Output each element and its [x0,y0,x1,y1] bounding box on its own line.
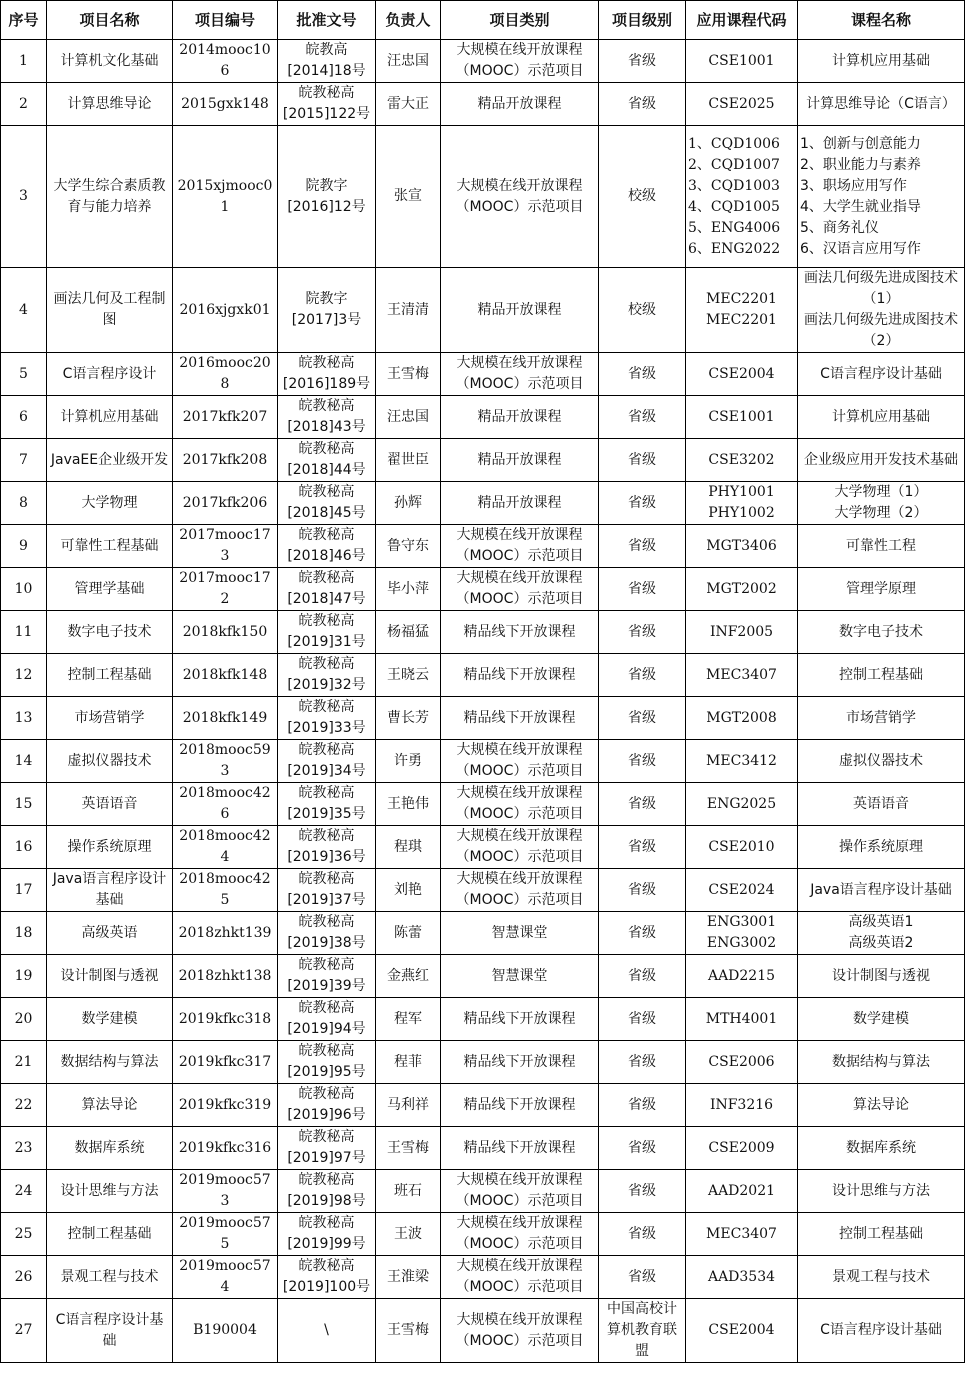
cell-category: 大规模在线开放课程 （MOOC）示范项目 [441,1256,599,1299]
cell-project-code: 2018zhkt138 [173,955,278,998]
cell-level: 省级 [599,482,686,525]
cell-leader: 金燕红 [376,955,441,998]
cell-category: 精品开放课程 [441,268,599,353]
cell-leader: 王晓云 [376,654,441,697]
cell-course-name: 控制工程基础 [798,654,965,697]
table-row: 2计算思维导论2015gxk148皖教秘高 [2015]122号雷大正精品开放课… [1,83,965,126]
cell-leader: 曹长芳 [376,697,441,740]
cell-level: 省级 [599,396,686,439]
table-row: 15英语语音2018mooc426皖教秘高 [2019]35号王艳伟大规模在线开… [1,783,965,826]
cell-no: 13 [1,697,47,740]
cell-approval-no: 皖教秘高 [2019]38号 [278,912,376,955]
cell-course-code: INF3216 [686,1084,798,1127]
header-project-code: 项目编号 [173,1,278,40]
cell-category: 大规模在线开放课程 （MOOC）示范项目 [441,525,599,568]
cell-leader: 汪忠国 [376,396,441,439]
cell-leader: 刘艳 [376,869,441,912]
cell-course-code: AAD2215 [686,955,798,998]
cell-leader: 王波 [376,1213,441,1256]
cell-approval-no: 皖教秘高 [2019]36号 [278,826,376,869]
cell-course-code: CSE2025 [686,83,798,126]
cell-level: 省级 [599,439,686,482]
cell-project-name: 算法导论 [47,1084,173,1127]
table-row: 7JavaEE企业级开发2017kfk208皖教秘高 [2018]44号翟世臣精… [1,439,965,482]
cell-no: 7 [1,439,47,482]
cell-no: 4 [1,268,47,353]
cell-project-name: 设计制图与透视 [47,955,173,998]
cell-no: 14 [1,740,47,783]
header-project-name: 项目名称 [47,1,173,40]
cell-leader: 毕小萍 [376,568,441,611]
table-row: 24设计思维与方法2019mooc573皖教秘高 [2019]98号班石大规模在… [1,1170,965,1213]
cell-course-code: MEC3412 [686,740,798,783]
cell-course-name: 管理学原理 [798,568,965,611]
cell-category: 大规模在线开放课程 （MOOC）示范项目 [441,783,599,826]
cell-project-code: 2019kfkc317 [173,1041,278,1084]
cell-category: 精品开放课程 [441,439,599,482]
cell-approval-no: 皖教秘高 [2019]37号 [278,869,376,912]
cell-leader: 翟世臣 [376,439,441,482]
cell-leader: 陈蕾 [376,912,441,955]
cell-leader: 鲁守东 [376,525,441,568]
cell-project-name: C语言程序设计基础 [47,1299,173,1363]
cell-project-name: 数字电子技术 [47,611,173,654]
cell-approval-no: 皖教秘高 [2018]46号 [278,525,376,568]
cell-project-name: JavaEE企业级开发 [47,439,173,482]
cell-category: 精品线下开放课程 [441,998,599,1041]
cell-approval-no: 皖教秘高 [2019]95号 [278,1041,376,1084]
cell-category: 精品线下开放课程 [441,697,599,740]
cell-project-name: 控制工程基础 [47,654,173,697]
cell-no: 17 [1,869,47,912]
cell-course-code: CSE1001 [686,40,798,83]
cell-leader: 张宣 [376,126,441,268]
cell-approval-no: \ [278,1299,376,1363]
table-row: 1计算机文化基础2014mooc106皖教高 [2014]18号汪忠国大规模在线… [1,40,965,83]
cell-leader: 许勇 [376,740,441,783]
header-course-code: 应用课程代码 [686,1,798,40]
table-row: 11数字电子技术2018kfk150皖教秘高 [2019]31号杨福猛精品线下开… [1,611,965,654]
cell-course-name: 数学建模 [798,998,965,1041]
cell-project-name: 景观工程与技术 [47,1256,173,1299]
cell-course-code: MTH4001 [686,998,798,1041]
cell-category: 大规模在线开放课程 （MOOC）示范项目 [441,1213,599,1256]
cell-project-name: 控制工程基础 [47,1213,173,1256]
cell-project-name: Java语言程序设计基础 [47,869,173,912]
cell-course-code: CSE2004 [686,1299,798,1363]
cell-level: 省级 [599,654,686,697]
cell-level: 省级 [599,998,686,1041]
cell-course-name: 大学物理（1） 大学物理（2） [798,482,965,525]
cell-approval-no: 皖教秘高 [2015]122号 [278,83,376,126]
cell-approval-no: 皖教秘高 [2019]39号 [278,955,376,998]
cell-approval-no: 皖教秘高 [2019]98号 [278,1170,376,1213]
cell-level: 省级 [599,611,686,654]
cell-project-name: 市场营销学 [47,697,173,740]
course-projects-table: 序号 项目名称 项目编号 批准文号 负责人 项目类别 项目级别 应用课程代码 课… [0,0,965,1363]
cell-level: 省级 [599,1170,686,1213]
table-row: 3大学生综合素质教育与能力培养2015xjmooc01院教字 [2016]12号… [1,126,965,268]
cell-level: 省级 [599,1084,686,1127]
cell-level: 中国高校计算机教育联盟 [599,1299,686,1363]
header-level: 项目级别 [599,1,686,40]
cell-category: 大规模在线开放课程 （MOOC）示范项目 [441,353,599,396]
cell-no: 26 [1,1256,47,1299]
cell-category: 大规模在线开放课程 （MOOC）示范项目 [441,826,599,869]
table-row: 6计算机应用基础2017kfk207皖教秘高 [2018]43号汪忠国精品开放课… [1,396,965,439]
cell-project-name: 可靠性工程基础 [47,525,173,568]
cell-course-name: 可靠性工程 [798,525,965,568]
cell-leader: 马利祥 [376,1084,441,1127]
cell-project-code: 2018mooc425 [173,869,278,912]
cell-category: 智慧课堂 [441,912,599,955]
cell-course-name: 市场营销学 [798,697,965,740]
cell-project-code: 2018kfk150 [173,611,278,654]
table-row: 14虚拟仪器技术2018mooc593皖教秘高 [2019]34号许勇大规模在线… [1,740,965,783]
cell-project-name: C语言程序设计 [47,353,173,396]
cell-category: 精品线下开放课程 [441,1084,599,1127]
cell-leader: 雷大正 [376,83,441,126]
cell-course-name: 画法几何级先进成图技术（1） 画法几何级先进成图技术（2） [798,268,965,353]
cell-level: 省级 [599,826,686,869]
table-row: 4画法几何及工程制图2016xjgxk01院教字 [2017]3号王清清精品开放… [1,268,965,353]
cell-approval-no: 皖教秘高 [2018]43号 [278,396,376,439]
table-row: 20数学建模2019kfkc318皖教秘高 [2019]94号程军精品线下开放课… [1,998,965,1041]
cell-project-name: 数学建模 [47,998,173,1041]
cell-approval-no: 皖教秘高 [2019]96号 [278,1084,376,1127]
cell-no: 16 [1,826,47,869]
cell-course-code: AAD2021 [686,1170,798,1213]
cell-leader: 王雪梅 [376,353,441,396]
cell-project-code: 2017mooc173 [173,525,278,568]
cell-leader: 程军 [376,998,441,1041]
cell-leader: 王淮梁 [376,1256,441,1299]
cell-project-code: 2018mooc424 [173,826,278,869]
cell-course-code: AAD3534 [686,1256,798,1299]
cell-no: 11 [1,611,47,654]
cell-course-code: 1、CQD1006 2、CQD1007 3、CQD1003 4、CQD1005 … [686,126,798,268]
cell-category: 大规模在线开放课程 （MOOC）示范项目 [441,1170,599,1213]
cell-category: 精品线下开放课程 [441,1127,599,1170]
cell-leader: 杨福猛 [376,611,441,654]
cell-level: 省级 [599,1256,686,1299]
table-row: 25控制工程基础2019mooc575皖教秘高 [2019]99号王波大规模在线… [1,1213,965,1256]
cell-project-name: 英语语音 [47,783,173,826]
cell-course-code: ENG2025 [686,783,798,826]
cell-project-name: 大学物理 [47,482,173,525]
table-body: 1计算机文化基础2014mooc106皖教高 [2014]18号汪忠国大规模在线… [1,40,965,1363]
header-row: 序号 项目名称 项目编号 批准文号 负责人 项目类别 项目级别 应用课程代码 课… [1,1,965,40]
cell-course-name: 操作系统原理 [798,826,965,869]
cell-course-code: PHY1001 PHY1002 [686,482,798,525]
cell-course-name: 景观工程与技术 [798,1256,965,1299]
cell-course-name: 数据库系统 [798,1127,965,1170]
cell-no: 1 [1,40,47,83]
cell-no: 23 [1,1127,47,1170]
cell-project-code: 2019mooc575 [173,1213,278,1256]
cell-no: 25 [1,1213,47,1256]
cell-no: 6 [1,396,47,439]
cell-course-name: 虚拟仪器技术 [798,740,965,783]
cell-course-name: Java语言程序设计基础 [798,869,965,912]
header-leader: 负责人 [376,1,441,40]
cell-category: 智慧课堂 [441,955,599,998]
cell-course-code: MEC3407 [686,654,798,697]
cell-level: 省级 [599,783,686,826]
table-row: 26景观工程与技术2019mooc574皖教秘高 [2019]100号王淮梁大规… [1,1256,965,1299]
cell-project-name: 数据结构与算法 [47,1041,173,1084]
cell-project-code: 2018zhkt139 [173,912,278,955]
cell-no: 9 [1,525,47,568]
cell-course-code: INF2005 [686,611,798,654]
cell-no: 22 [1,1084,47,1127]
cell-approval-no: 皖教秘高 [2018]47号 [278,568,376,611]
cell-project-code: 2019mooc573 [173,1170,278,1213]
cell-project-code: 2018mooc426 [173,783,278,826]
table-row: 12控制工程基础2018kfk148皖教秘高 [2019]32号王晓云精品线下开… [1,654,965,697]
cell-project-name: 画法几何及工程制图 [47,268,173,353]
cell-level: 省级 [599,40,686,83]
cell-course-name: 英语语音 [798,783,965,826]
cell-course-code: CSE2024 [686,869,798,912]
cell-approval-no: 皖教秘高 [2018]44号 [278,439,376,482]
cell-course-name: 设计思维与方法 [798,1170,965,1213]
cell-project-name: 管理学基础 [47,568,173,611]
cell-no: 27 [1,1299,47,1363]
table-row: 10管理学基础2017mooc172皖教秘高 [2018]47号毕小萍大规模在线… [1,568,965,611]
header-no: 序号 [1,1,47,40]
header-approval-no: 批准文号 [278,1,376,40]
cell-course-name: C语言程序设计基础 [798,1299,965,1363]
cell-course-name: 数字电子技术 [798,611,965,654]
cell-project-code: 2016xjgxk01 [173,268,278,353]
cell-level: 省级 [599,568,686,611]
cell-category: 精品线下开放课程 [441,1041,599,1084]
cell-category: 大规模在线开放课程 （MOOC）示范项目 [441,126,599,268]
cell-project-name: 数据库系统 [47,1127,173,1170]
cell-approval-no: 院教字 [2017]3号 [278,268,376,353]
table-row: 23数据库系统2019kfkc316皖教秘高 [2019]97号王雪梅精品线下开… [1,1127,965,1170]
cell-no: 2 [1,83,47,126]
table-row: 22算法导论2019kfkc319皖教秘高 [2019]96号马利祥精品线下开放… [1,1084,965,1127]
cell-no: 20 [1,998,47,1041]
cell-leader: 程琪 [376,826,441,869]
cell-level: 省级 [599,869,686,912]
cell-level: 省级 [599,83,686,126]
cell-leader: 汪忠国 [376,40,441,83]
cell-approval-no: 皖教秘高 [2019]31号 [278,611,376,654]
cell-no: 18 [1,912,47,955]
cell-course-name: C语言程序设计基础 [798,353,965,396]
cell-course-name: 计算机应用基础 [798,396,965,439]
cell-no: 19 [1,955,47,998]
cell-project-code: 2019kfkc316 [173,1127,278,1170]
cell-leader: 班石 [376,1170,441,1213]
cell-approval-no: 皖教秘高 [2019]32号 [278,654,376,697]
cell-approval-no: 皖教秘高 [2019]34号 [278,740,376,783]
table-row: 13市场营销学2018kfk149皖教秘高 [2019]33号曹长芳精品线下开放… [1,697,965,740]
cell-course-code: MGT2002 [686,568,798,611]
cell-course-code: MEC3407 [686,1213,798,1256]
cell-no: 5 [1,353,47,396]
cell-project-code: 2015gxk148 [173,83,278,126]
cell-approval-no: 皖教高 [2014]18号 [278,40,376,83]
cell-course-code: MGT3406 [686,525,798,568]
header-course-name: 课程名称 [798,1,965,40]
table-row: 5C语言程序设计2016mooc208皖教秘高 [2016]189号王雪梅大规模… [1,353,965,396]
cell-leader: 孙辉 [376,482,441,525]
cell-project-name: 虚拟仪器技术 [47,740,173,783]
table-row: 8大学物理2017kfk206皖教秘高 [2018]45号孙辉精品开放课程省级P… [1,482,965,525]
cell-course-code: ENG3001 ENG3002 [686,912,798,955]
cell-course-name: 计算机应用基础 [798,40,965,83]
cell-course-name: 1、创新与创意能力 2、职业能力与素养 3、职场应用写作 4、大学生就业指导 5… [798,126,965,268]
cell-approval-no: 皖教秘高 [2016]189号 [278,353,376,396]
table-row: 21数据结构与算法2019kfkc317皖教秘高 [2019]95号程菲精品线下… [1,1041,965,1084]
cell-no: 24 [1,1170,47,1213]
cell-level: 省级 [599,353,686,396]
cell-no: 3 [1,126,47,268]
cell-approval-no: 皖教秘高 [2019]97号 [278,1127,376,1170]
cell-project-name: 大学生综合素质教育与能力培养 [47,126,173,268]
cell-project-code: 2019kfkc319 [173,1084,278,1127]
cell-category: 大规模在线开放课程 （MOOC）示范项目 [441,740,599,783]
cell-project-code: 2018mooc593 [173,740,278,783]
cell-project-code: B190004 [173,1299,278,1363]
cell-course-name: 算法导论 [798,1084,965,1127]
cell-no: 15 [1,783,47,826]
cell-course-code: CSE1001 [686,396,798,439]
cell-approval-no: 皖教秘高 [2019]99号 [278,1213,376,1256]
cell-category: 大规模在线开放课程 （MOOC）示范项目 [441,568,599,611]
cell-approval-no: 皖教秘高 [2019]35号 [278,783,376,826]
cell-project-code: 2015xjmooc01 [173,126,278,268]
cell-project-code: 2017kfk206 [173,482,278,525]
cell-project-code: 2019mooc574 [173,1256,278,1299]
cell-no: 8 [1,482,47,525]
cell-level: 省级 [599,697,686,740]
cell-approval-no: 皖教秘高 [2019]33号 [278,697,376,740]
cell-project-code: 2017kfk208 [173,439,278,482]
cell-course-code: MGT2008 [686,697,798,740]
cell-course-name: 计算思维导论（C语言） [798,83,965,126]
table-row: 27C语言程序设计基础B190004\王雪梅大规模在线开放课程 （MOOC）示范… [1,1299,965,1363]
table-row: 19设计制图与透视2018zhkt138皖教秘高 [2019]39号金燕红智慧课… [1,955,965,998]
cell-leader: 王艳伟 [376,783,441,826]
cell-level: 省级 [599,1127,686,1170]
cell-project-code: 2016mooc208 [173,353,278,396]
cell-project-code: 2018kfk148 [173,654,278,697]
cell-project-code: 2018kfk149 [173,697,278,740]
cell-course-name: 数据结构与算法 [798,1041,965,1084]
cell-approval-no: 院教字 [2016]12号 [278,126,376,268]
cell-project-code: 2017kfk207 [173,396,278,439]
cell-level: 省级 [599,740,686,783]
cell-project-name: 计算机应用基础 [47,396,173,439]
cell-course-name: 控制工程基础 [798,1213,965,1256]
cell-category: 大规模在线开放课程 （MOOC）示范项目 [441,1299,599,1363]
cell-project-code: 2017mooc172 [173,568,278,611]
cell-course-code: CSE2004 [686,353,798,396]
cell-project-name: 计算机文化基础 [47,40,173,83]
cell-category: 精品开放课程 [441,83,599,126]
cell-no: 12 [1,654,47,697]
cell-level: 校级 [599,126,686,268]
cell-course-name: 高级英语1 高级英语2 [798,912,965,955]
cell-approval-no: 皖教秘高 [2018]45号 [278,482,376,525]
cell-category: 精品开放课程 [441,396,599,439]
cell-course-code: MEC2201 MEC2201 [686,268,798,353]
cell-leader: 王雪梅 [376,1299,441,1363]
cell-course-name: 设计制图与透视 [798,955,965,998]
cell-leader: 程菲 [376,1041,441,1084]
cell-no: 21 [1,1041,47,1084]
cell-course-code: CSE2006 [686,1041,798,1084]
cell-category: 大规模在线开放课程 （MOOC）示范项目 [441,869,599,912]
cell-category: 精品线下开放课程 [441,654,599,697]
cell-project-code: 2014mooc106 [173,40,278,83]
table-row: 17Java语言程序设计基础2018mooc425皖教秘高 [2019]37号刘… [1,869,965,912]
cell-project-name: 设计思维与方法 [47,1170,173,1213]
cell-project-name: 计算思维导论 [47,83,173,126]
cell-leader: 王清清 [376,268,441,353]
header-category: 项目类别 [441,1,599,40]
cell-level: 省级 [599,955,686,998]
cell-level: 省级 [599,525,686,568]
table-row: 18高级英语2018zhkt139皖教秘高 [2019]38号陈蕾智慧课堂省级E… [1,912,965,955]
cell-course-code: CSE2010 [686,826,798,869]
cell-level: 省级 [599,1041,686,1084]
cell-category: 大规模在线开放课程 （MOOC）示范项目 [441,40,599,83]
cell-leader: 王雪梅 [376,1127,441,1170]
cell-project-code: 2019kfkc318 [173,998,278,1041]
table-row: 9可靠性工程基础2017mooc173皖教秘高 [2018]46号鲁守东大规模在… [1,525,965,568]
cell-category: 精品线下开放课程 [441,611,599,654]
cell-course-code: CSE2009 [686,1127,798,1170]
cell-project-name: 高级英语 [47,912,173,955]
cell-no: 10 [1,568,47,611]
table-row: 16操作系统原理2018mooc424皖教秘高 [2019]36号程琪大规模在线… [1,826,965,869]
cell-course-code: CSE3202 [686,439,798,482]
cell-approval-no: 皖教秘高 [2019]100号 [278,1256,376,1299]
cell-project-name: 操作系统原理 [47,826,173,869]
cell-level: 省级 [599,912,686,955]
cell-category: 精品开放课程 [441,482,599,525]
cell-level: 校级 [599,268,686,353]
cell-course-name: 企业级应用开发技术基础 [798,439,965,482]
cell-approval-no: 皖教秘高 [2019]94号 [278,998,376,1041]
cell-level: 省级 [599,1213,686,1256]
